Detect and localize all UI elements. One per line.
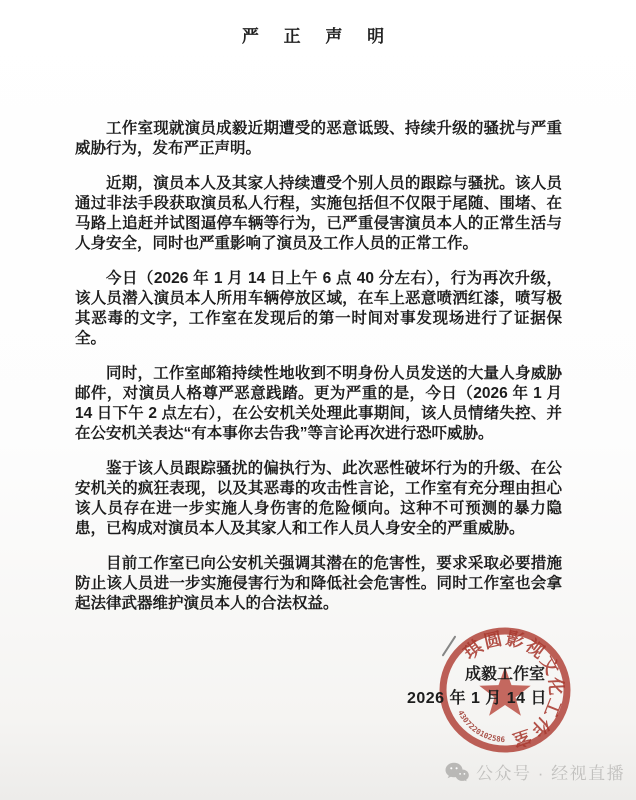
paragraph-intro: 工作室现就演员成毅近期遭受的恶意诋毁、持续升级的骚扰与严重威胁行为，发布严正声明… xyxy=(75,119,562,159)
paragraph-stalking: 近期，演员本人及其家人持续遭受个别人员的跟踪与骚扰。该人员通过非法手段获取演员私… xyxy=(75,174,562,254)
signature-date: 2026 年 1 月 14 日 xyxy=(407,685,547,708)
watermark-label: 公众号 · 经视直播 xyxy=(476,759,625,784)
paragraph-threat-mail: 同时，工作室邮箱持续性地收到不明身份人员发送的大量人身威胁邮件，对演员人格尊严恶… xyxy=(75,364,562,444)
wechat-icon xyxy=(445,762,469,782)
statement-body: 工作室现就演员成毅近期遭受的恶意诋毁、持续升级的骚扰与严重威胁行为，发布严正声明… xyxy=(75,119,562,614)
paragraph-risk: 鉴于该人员跟踪骚扰的偏执行为、此次恶性破坏行为的升级、在公安机关的疯狂表现，以及… xyxy=(75,459,562,539)
paragraph-vandalism: 今日（2026 年 1 月 14 日上午 6 点 40 分左右），行为再次升级，… xyxy=(75,269,562,349)
svg-text:4307220102586: 4307220102586 xyxy=(456,709,506,744)
document-title: 严 正 声 明 xyxy=(0,0,636,47)
watermark: 公众号 · 经视直播 xyxy=(445,759,625,784)
paragraph-legal-action: 目前工作室已向公安机关强调其潜在的危害性，要求采取必要措施防止该人员进一步实施侵… xyxy=(75,554,562,614)
statement-document-photo: 严 正 声 明 工作室现就演员成毅近期遭受的恶意诋毁、持续升级的骚扰与严重威胁行… xyxy=(0,0,636,800)
signature-name: 成毅工作室 xyxy=(465,661,545,684)
seal-serial-number: 4307220102586 xyxy=(456,709,506,744)
